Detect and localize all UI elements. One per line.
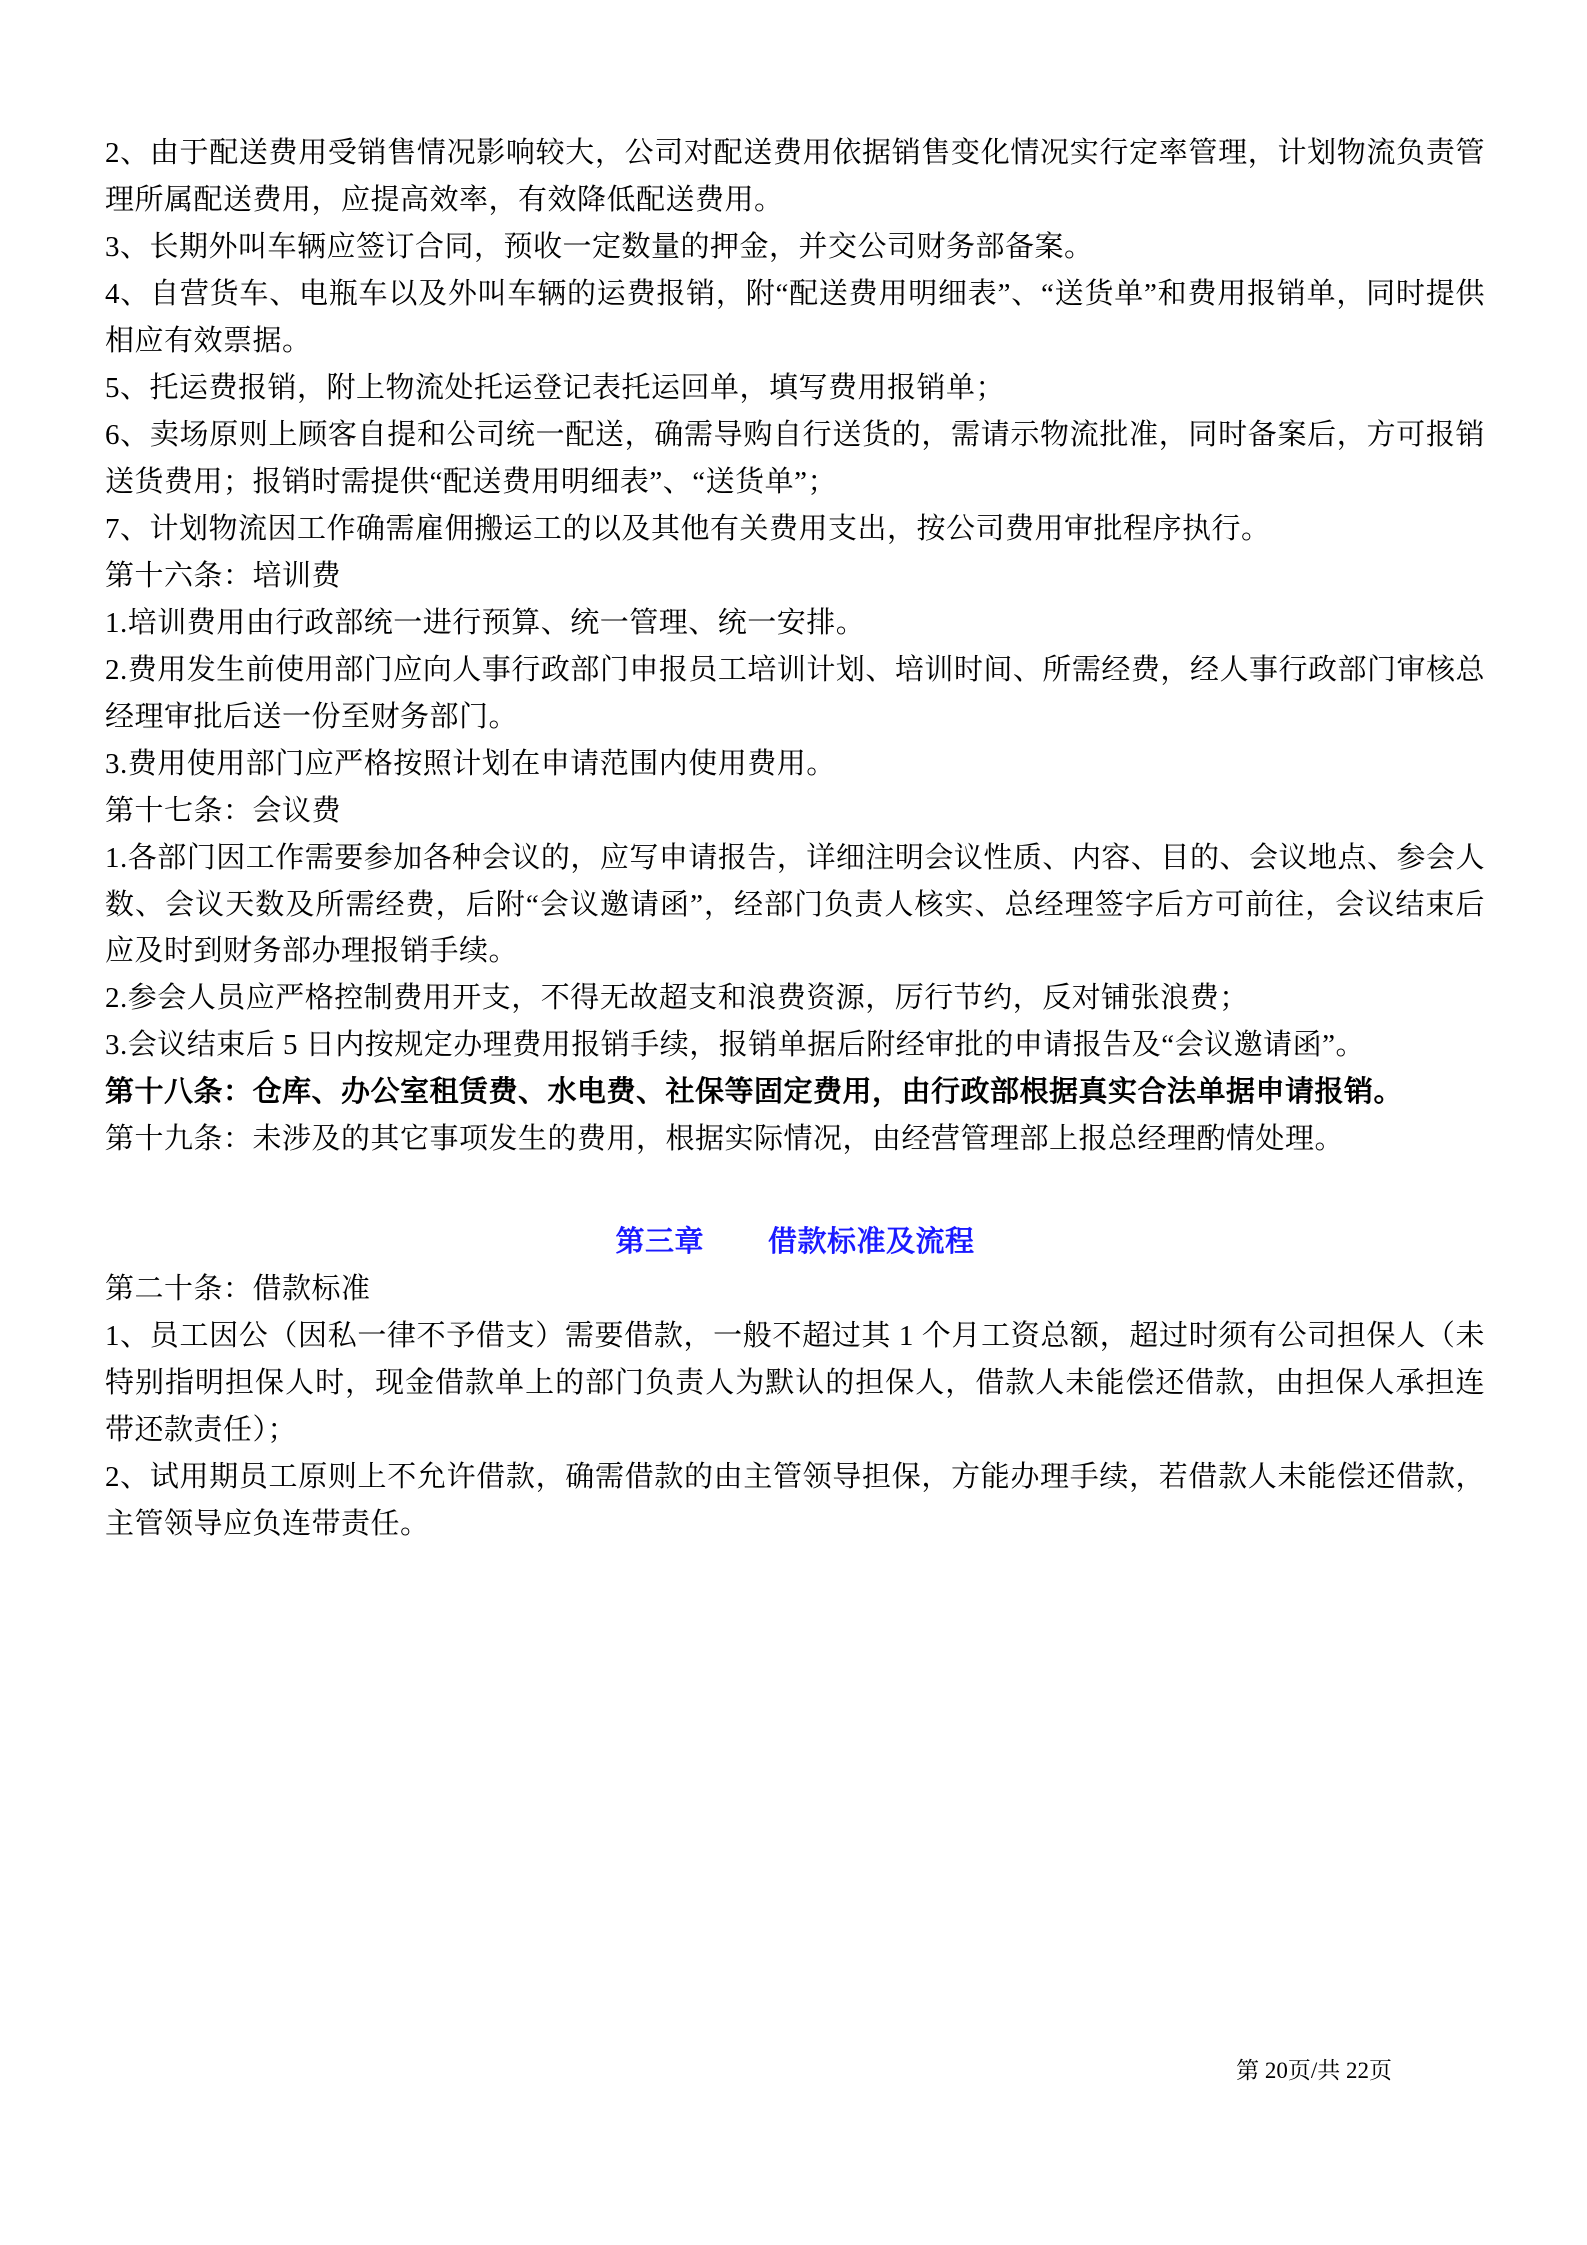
chapter-title: 借款标准及流程	[768, 1226, 975, 1258]
chapter-3-heading: 第三章借款标准及流程	[105, 1219, 1485, 1266]
article-16-heading: 第十六条：培训费	[105, 553, 1485, 600]
clause-meeting-2: 2.参会人员应严格控制费用开支，不得无故超支和浪费资源，厉行节约，反对铺张浪费；	[105, 975, 1485, 1022]
clause-delivery-fee-4: 4、自营货车、电瓶车以及外叫车辆的运费报销，附“配送费用明细表”、“送货单”和费…	[105, 271, 1485, 365]
clause-delivery-fee-2: 2、由于配送费用受销售情况影响较大，公司对配送费用依据销售变化情况实行定率管理，…	[105, 130, 1485, 224]
document-body: 2、由于配送费用受销售情况影响较大，公司对配送费用依据销售变化情况实行定率管理，…	[105, 130, 1485, 1548]
article-18-clause: 第十八条：仓库、办公室租赁费、水电费、社保等固定费用，由行政部根据真实合法单据申…	[105, 1069, 1485, 1116]
article-20-heading: 第二十条：借款标准	[105, 1266, 1485, 1313]
clause-delivery-fee-6: 6、卖场原则上顾客自提和公司统一配送，确需导购自行送货的，需请示物流批准，同时备…	[105, 412, 1485, 506]
clause-meeting-1: 1.各部门因工作需要参加各种会议的，应写申请报告，详细注明会议性质、内容、目的、…	[105, 835, 1485, 976]
chapter-number: 第三章	[615, 1226, 704, 1258]
clause-delivery-fee-7: 7、计划物流因工作确需雇佣搬运工的以及其他有关费用支出，按公司费用审批程序执行。	[105, 506, 1485, 553]
article-19-clause: 第十九条：未涉及的其它事项发生的费用，根据实际情况，由经营管理部上报总经理酌情处…	[105, 1116, 1485, 1163]
clause-loan-2: 2、试用期员工原则上不允许借款，确需借款的由主管领导担保，方能办理手续，若借款人…	[105, 1454, 1485, 1548]
clause-delivery-fee-5: 5、托运费报销，附上物流处托运登记表托运回单，填写费用报销单；	[105, 365, 1485, 412]
clause-training-1: 1.培训费用由行政部统一进行预算、统一管理、统一安排。	[105, 600, 1485, 647]
article-17-heading: 第十七条：会议费	[105, 788, 1485, 835]
clause-loan-1: 1、员工因公（因私一律不予借支）需要借款，一般不超过其 1 个月工资总额，超过时…	[105, 1313, 1485, 1454]
page-number: 第 20页/共 22页	[1236, 2052, 1392, 2085]
clause-meeting-3: 3.会议结束后 5 日内按规定办理费用报销手续，报销单据后附经审批的申请报告及“…	[105, 1022, 1485, 1069]
clause-training-3: 3.费用使用部门应严格按照计划在申请范围内使用费用。	[105, 741, 1485, 788]
clause-delivery-fee-3: 3、长期外叫车辆应签订合同，预收一定数量的押金，并交公司财务部备案。	[105, 224, 1485, 271]
clause-training-2: 2.费用发生前使用部门应向人事行政部门申报员工培训计划、培训时间、所需经费，经人…	[105, 647, 1485, 741]
